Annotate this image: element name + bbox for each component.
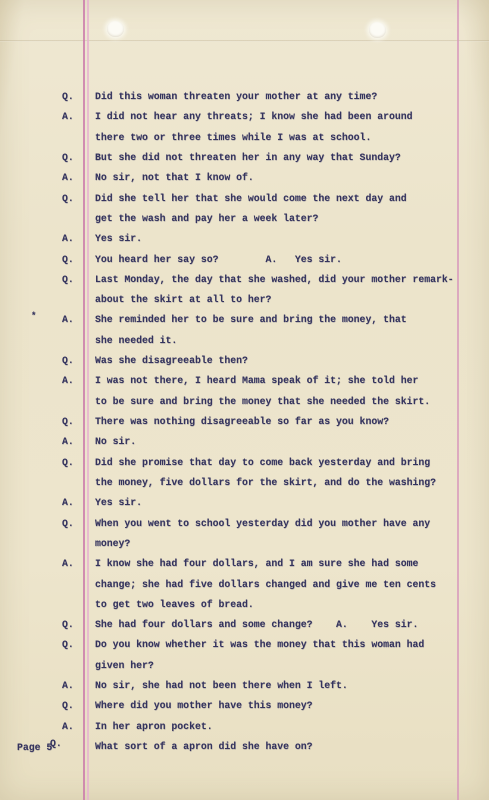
transcript-line: to get two leaves of bread. (0, 595, 489, 615)
speaker-marker: Q. (62, 91, 74, 102)
line-text: No sir. (95, 436, 136, 447)
paper-crease (0, 40, 489, 42)
speaker-marker: A. (62, 111, 74, 122)
transcript-line: A. No sir. (0, 432, 489, 452)
speaker-marker: Q. (62, 518, 74, 529)
transcript-line: Q. Last Monday, the day that she washed,… (0, 270, 489, 290)
punch-hole-left (107, 21, 124, 37)
transcript-line: A. Yes sir. (0, 229, 489, 249)
line-text: There was nothing disagreeable so far as… (95, 416, 389, 427)
line-text: But she did not threaten her in any way … (95, 152, 401, 163)
line-text: No sir, not that I know of. (95, 172, 254, 183)
transcript-line: Q. Did this woman threaten your mother a… (0, 87, 489, 107)
speaker-marker: A. (62, 233, 74, 244)
transcript-line: money? (0, 534, 489, 554)
speaker-marker: Q. (62, 700, 74, 711)
transcript-line: given her? (0, 656, 489, 676)
line-text: No sir, she had not been there when I le… (95, 680, 348, 691)
line-text: She reminded her to be sure and bring th… (95, 314, 407, 325)
transcript-line: get the wash and pay her a week later? (0, 209, 489, 229)
line-text: In her apron pocket. (95, 721, 213, 732)
speaker-marker: Q. (62, 355, 74, 366)
line-text: I did not hear any threats; I know she h… (95, 111, 412, 122)
speaker-marker: A. (62, 558, 74, 569)
speaker-marker: Q. (62, 274, 74, 285)
line-text: she needed it. (95, 335, 177, 346)
transcript-line: A. I was not there, I heard Mama speak o… (0, 371, 489, 391)
line-text: Do you know whether it was the money tha… (95, 639, 424, 650)
speaker-marker: Q. (62, 254, 74, 265)
speaker-marker: A. (62, 497, 74, 508)
transcript-line: Q. There was nothing disagreeable so far… (0, 412, 489, 432)
line-text: I was not there, I heard Mama speak of i… (95, 375, 418, 386)
transcript-line: * A. She reminded her to be sure and bri… (0, 310, 489, 330)
speaker-marker: A. (62, 721, 74, 732)
line-text: Last Monday, the day that she washed, di… (95, 274, 454, 285)
answer-star-annotation: * (31, 311, 36, 321)
transcript-line: Q. Was she disagreeable then? (0, 351, 489, 371)
line-text: She had four dollars and some change? A.… (95, 619, 418, 630)
transcript-line: Q. But she did not threaten her in any w… (0, 148, 489, 168)
transcript-line: Q. Did she promise that day to come back… (0, 453, 489, 473)
transcript-line: the money, five dollars for the skirt, a… (0, 473, 489, 493)
page-number-label: Page 5 (17, 742, 52, 753)
speaker-marker: A. (62, 375, 74, 386)
transcript-line: Q. You heard her say so? A. Yes sir. (0, 250, 489, 270)
speaker-marker: Q. (62, 193, 74, 204)
transcript-line: she needed it. (0, 331, 489, 351)
line-text: Did she tell her that she would come the… (95, 193, 407, 204)
line-text: Where did you mother have this money? (95, 700, 313, 711)
line-text: Yes sir. (95, 233, 142, 244)
transcript-line: A. I know she had four dollars, and I am… (0, 554, 489, 574)
line-text: the money, five dollars for the skirt, a… (95, 477, 436, 488)
transcript-line: Q. Do you know whether it was the money … (0, 635, 489, 655)
speaker-marker: A. (62, 680, 74, 691)
transcript-lines: Q. Did this woman threaten your mother a… (0, 87, 489, 757)
transcript-line: Q. Did she tell her that she would come … (0, 189, 489, 209)
transcript-line: A. In her apron pocket. (0, 717, 489, 737)
speaker-marker: A. (62, 172, 74, 183)
transcript-line: A. No sir, she had not been there when I… (0, 676, 489, 696)
line-text: Did she promise that day to come back ye… (95, 457, 430, 468)
speaker-marker: Q. (62, 457, 74, 468)
line-text: about the skirt at all to her? (95, 294, 271, 305)
line-text: You heard her say so? A. Yes sir. (95, 254, 342, 265)
line-text: there two or three times while I was at … (95, 132, 371, 143)
line-text: Was she disagreeable then? (95, 355, 248, 366)
transcript-line: Q. What sort of a apron did she have on? (0, 737, 489, 757)
transcript-page: Q. Did this woman threaten your mother a… (0, 0, 489, 800)
line-text: Did this woman threaten your mother at a… (95, 91, 377, 102)
transcript-line: Q. Where did you mother have this money? (0, 696, 489, 716)
line-text: given her? (95, 660, 154, 671)
line-text: to be sure and bring the money that she … (95, 396, 430, 407)
speaker-marker: A. (62, 314, 74, 325)
transcript-line: A. I did not hear any threats; I know sh… (0, 107, 489, 127)
line-text: When you went to school yesterday did yo… (95, 518, 430, 529)
speaker-marker: Q. (62, 639, 74, 650)
line-text: change; she had five dollars changed and… (95, 579, 436, 590)
transcript-line: A. Yes sir. (0, 493, 489, 513)
line-text: get the wash and pay her a week later? (95, 213, 318, 224)
line-text: to get two leaves of bread. (95, 599, 254, 610)
transcript-line: there two or three times while I was at … (0, 128, 489, 148)
speaker-marker: A. (62, 436, 74, 447)
transcript-line: A. No sir, not that I know of. (0, 168, 489, 188)
transcript-line: to be sure and bring the money that she … (0, 392, 489, 412)
speaker-marker: Q. (62, 619, 74, 630)
speaker-marker: Q. (62, 152, 74, 163)
line-text: What sort of a apron did she have on? (95, 741, 313, 752)
transcript-line: change; she had five dollars changed and… (0, 575, 489, 595)
punch-hole-right (369, 22, 386, 38)
line-text: Yes sir. (95, 497, 142, 508)
transcript-line: Q. She had four dollars and some change?… (0, 615, 489, 635)
transcript-line: Q. When you went to school yesterday did… (0, 514, 489, 534)
line-text: I know she had four dollars, and I am su… (95, 558, 418, 569)
transcript-line: about the skirt at all to her? (0, 290, 489, 310)
speaker-marker: Q. (62, 416, 74, 427)
line-text: money? (95, 538, 130, 549)
